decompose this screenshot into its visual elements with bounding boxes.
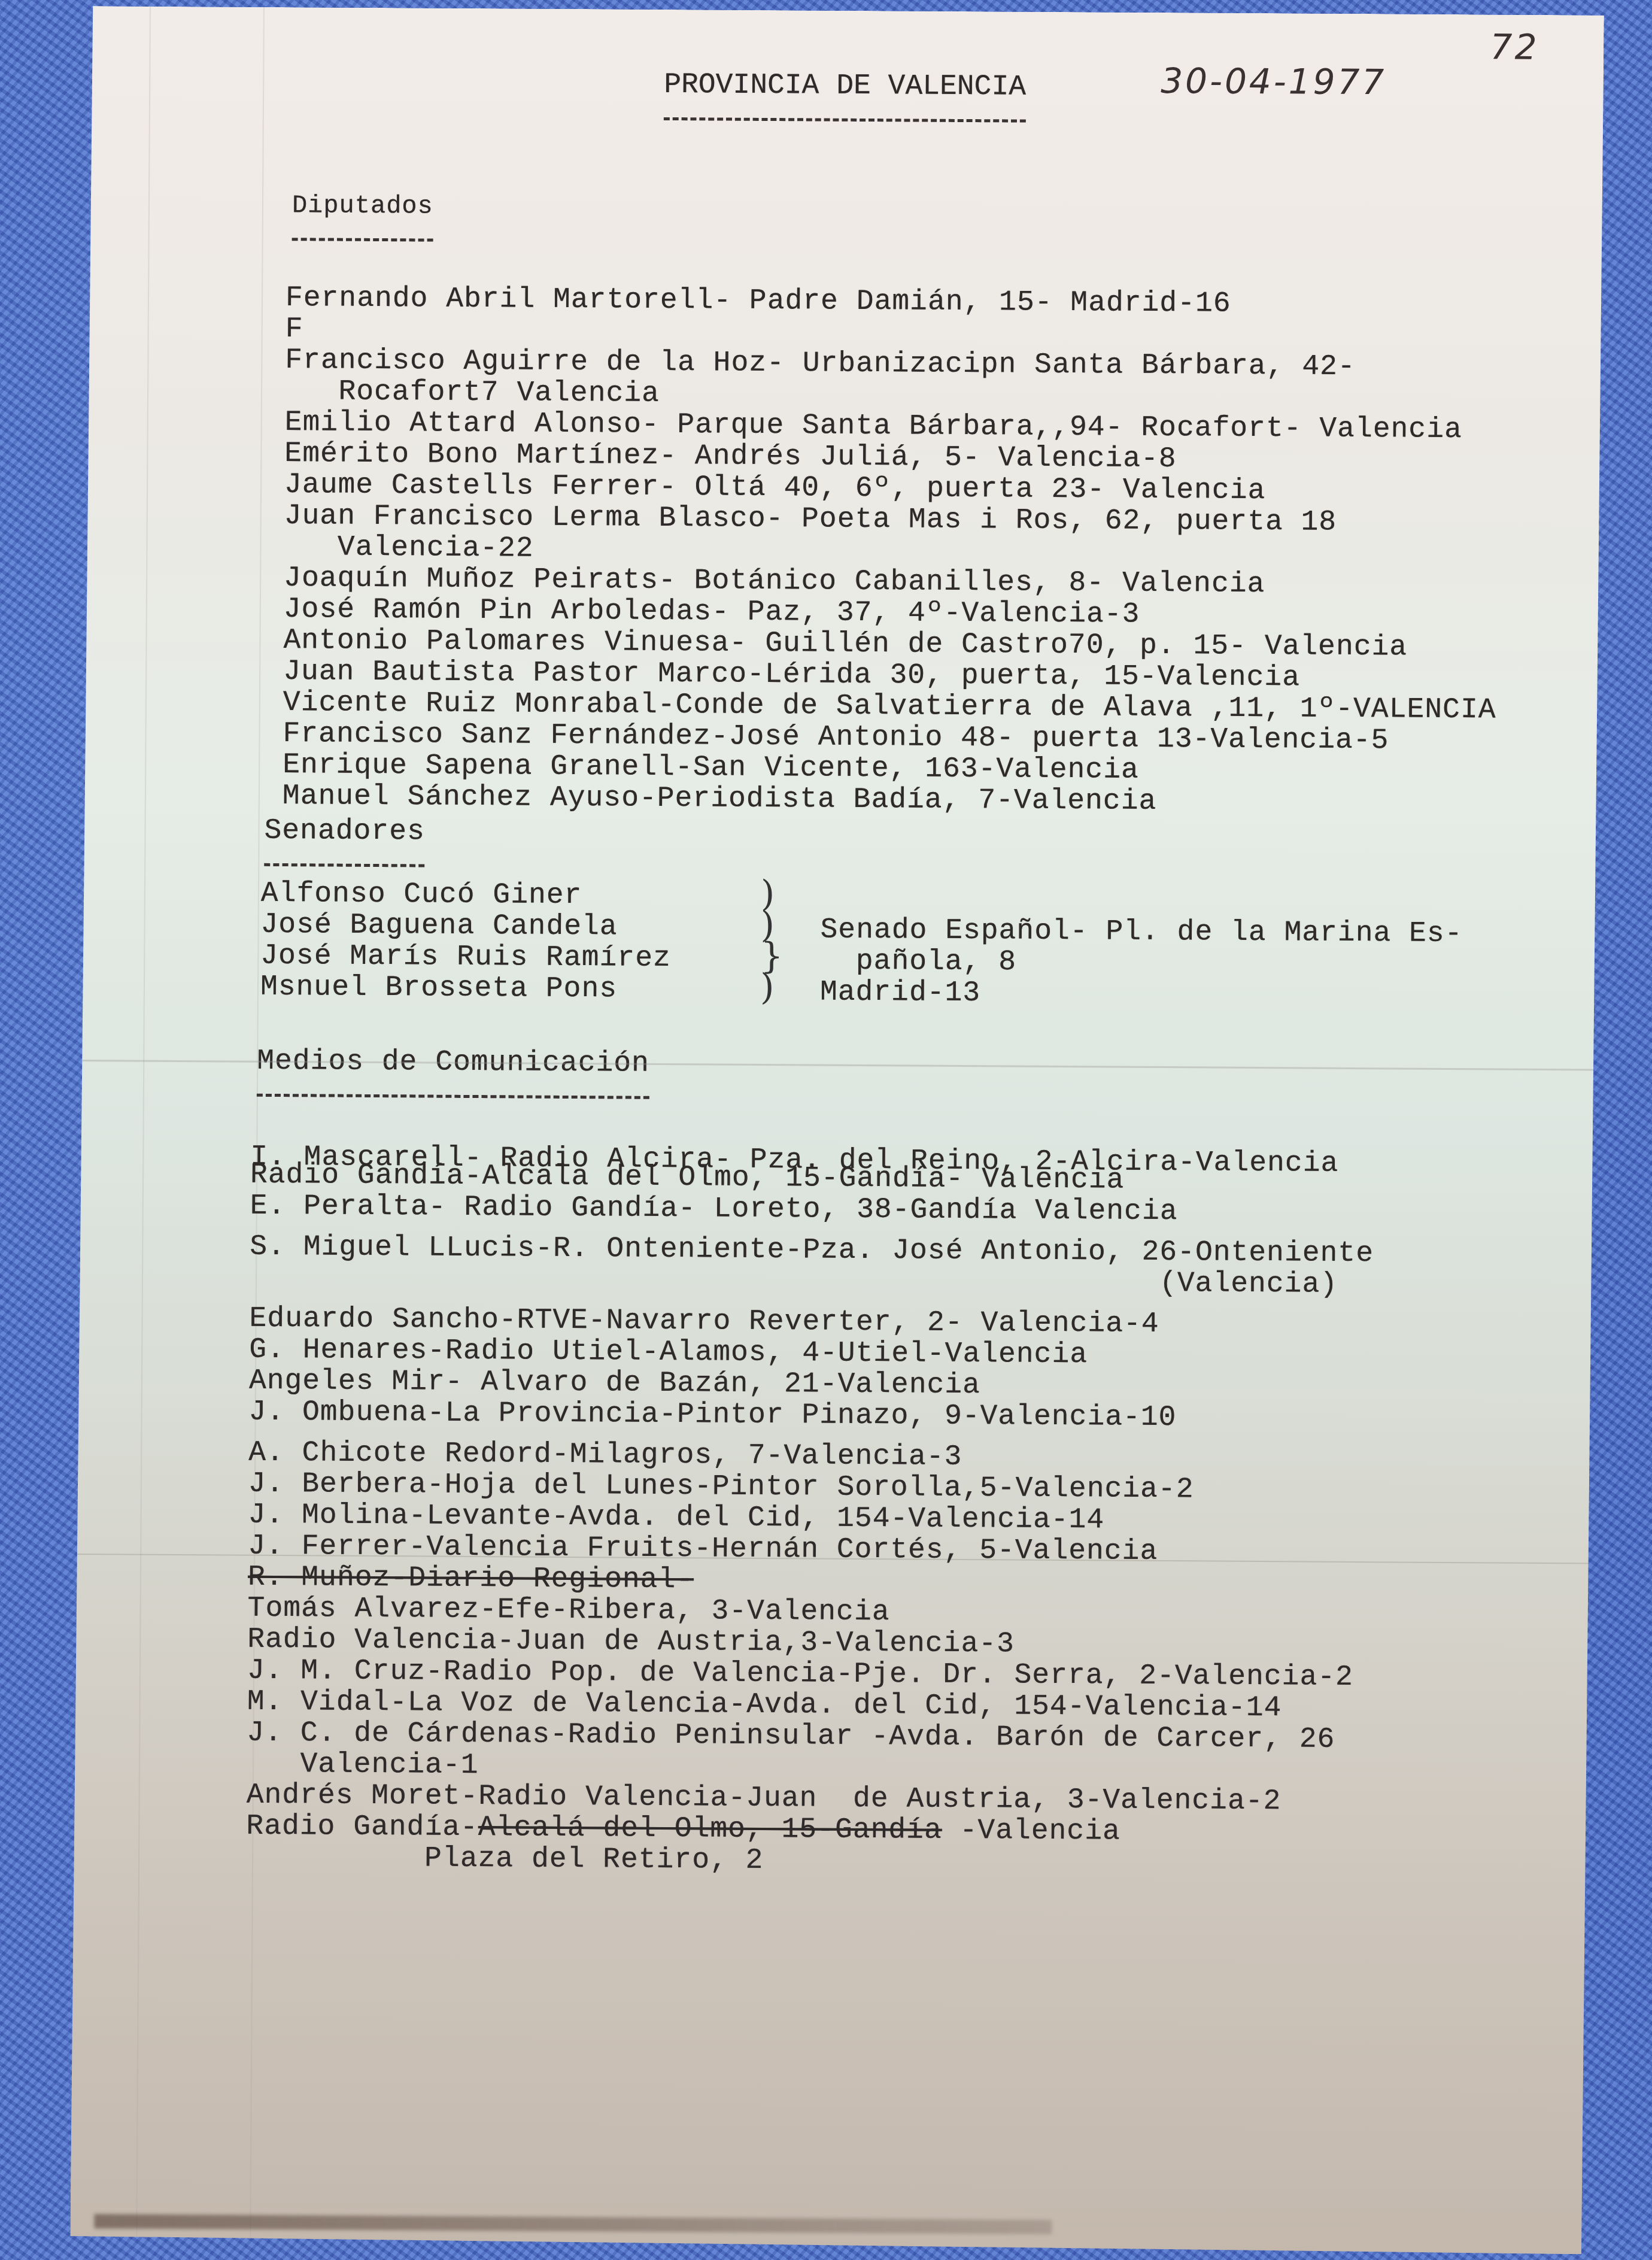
medio-entry: (Valencia) — [250, 1263, 1374, 1300]
senador-name: José Marís Ruis Ramírez — [260, 941, 671, 974]
paper-crease — [136, 7, 151, 2246]
section-heading-medios: Medios de Comunicación — [257, 1046, 649, 1099]
diputado-entry: Manuel Sánchez Ayuso-Periodista Badía, 7… — [283, 781, 1496, 819]
edge-stain — [94, 2214, 1052, 2234]
handwritten-page-number: 72 — [1490, 26, 1539, 67]
inserted-address: Plaza del Retiro, 2 — [246, 1842, 1370, 1880]
diputados-list: Fernando Abril Martorell- Padre Damián, … — [283, 283, 1499, 819]
senado-address-line: Madrid-13 — [820, 977, 1462, 1012]
senador-name: Msnuel Brosseta Pons — [260, 972, 671, 1005]
document-title: PROVINCIA DE VALENCIA — [664, 69, 1026, 123]
medio-entry: E. Peralta- Radio Gandía- Loreto, 38-Gan… — [250, 1191, 1374, 1228]
senado-address: Senado Español- Pl. de la Marina Es- pañ… — [820, 915, 1463, 1012]
handwritten-date: 30-04-1977 — [1161, 60, 1386, 102]
typewritten-document: PROVINCIA DE VALENCIA 30-04-1977 72 Dipu… — [70, 6, 1604, 2254]
medios-list: I. Mascarell- Radio Alcira- Pza. del Rei… — [246, 1142, 1374, 1880]
section-heading-senadores: Senadores — [264, 815, 425, 867]
senador-name: Alfonso Cucó Giner — [261, 878, 672, 912]
senado-address-line: pañola, 8 — [820, 946, 1462, 981]
senadores-list: Alfonso Cucó GinerJosé Baguena CandelaJo… — [260, 878, 672, 1005]
senador-name: José Baguena Candela — [260, 909, 671, 943]
paper-crease — [250, 7, 265, 2246]
grouping-brace: ) ) } ) — [760, 878, 784, 1003]
medio-entry: J. Ombuena-La Provincia-Pintor Pinazo, 9… — [248, 1397, 1372, 1434]
senado-address-line: Senado Español- Pl. de la Marina Es- — [820, 915, 1462, 950]
section-heading-diputados: Diputados — [292, 190, 433, 241]
diputado-entry: Fernando Abril Martorell- Padre Damián, … — [286, 283, 1499, 321]
